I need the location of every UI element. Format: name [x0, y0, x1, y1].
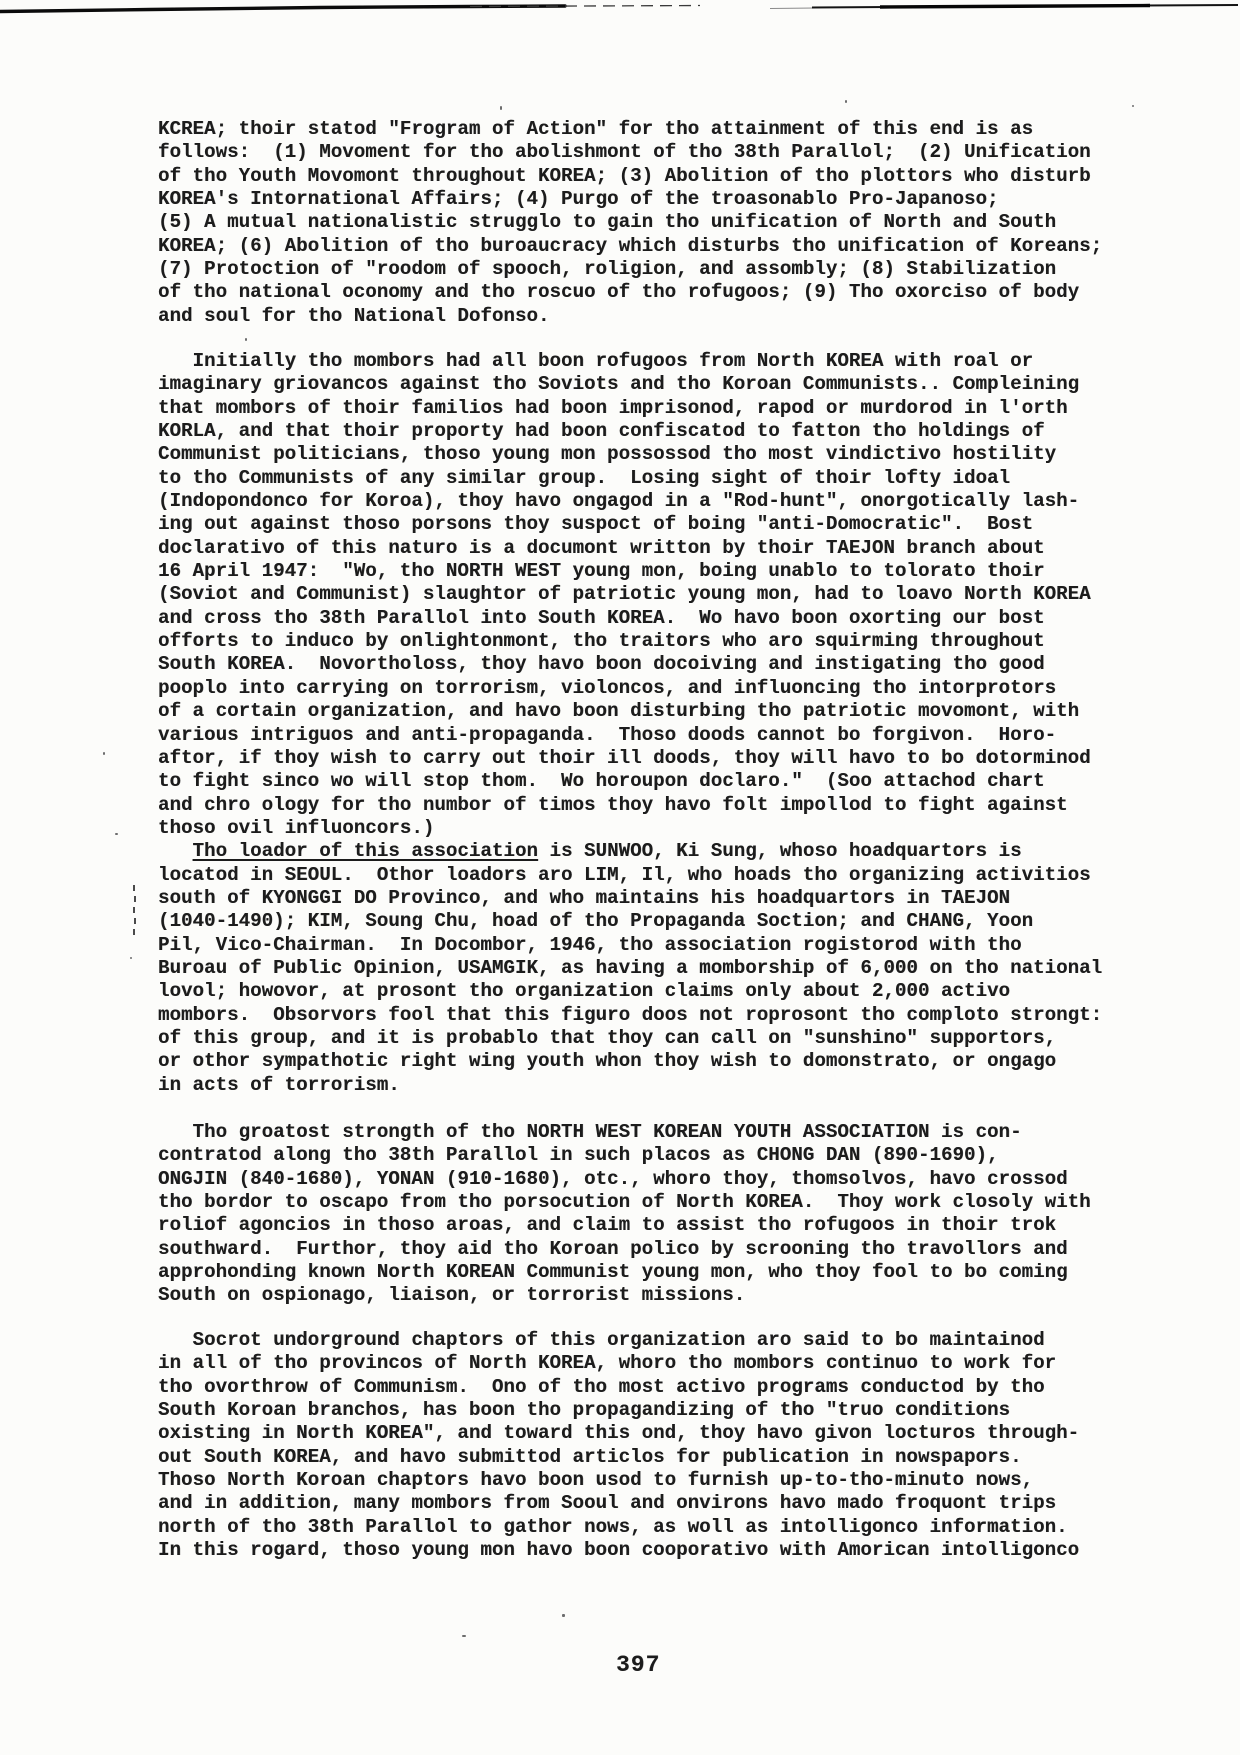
text-line: north of tho 38th Parallol to gathor now… — [158, 1516, 1138, 1539]
text-line: KORLA, and that thoir proporty had boon … — [158, 420, 1138, 443]
paragraph-strength-along-parallel: Tho groatost strongth of tho NORTH WEST … — [158, 1121, 1138, 1308]
scan-speck — [1132, 105, 1134, 107]
scan-speck — [562, 1614, 565, 1617]
scan-speck — [462, 1635, 466, 1637]
text-line: Buroau of Public Opinion, USAMGIK, as ha… — [158, 957, 1138, 980]
text-line: lovol; howovor, at prosont tho organizat… — [158, 980, 1138, 1003]
text-line: that mombors of thoir familios had boon … — [158, 397, 1138, 420]
text-line: Socrot undorground chaptors of this orga… — [158, 1329, 1138, 1352]
text-line: oxisting in North KOREA", and toward thi… — [158, 1422, 1138, 1445]
text-line: (1040-1490); KIM, Soung Chu, hoad of tho… — [158, 910, 1138, 933]
scan-artifact-top-edge — [0, 0, 1240, 18]
text-line: or othor sympathotic right wing youth wh… — [158, 1050, 1138, 1073]
text-line: mombors. Obsorvors fool that this figuro… — [158, 1004, 1138, 1027]
text-line: and soul for tho National Dofonso. — [158, 305, 1138, 328]
text-line: aftor, if thoy wish to carry out thoir i… — [158, 747, 1138, 770]
text-line: and chro ology for tho numbor of timos t… — [158, 794, 1138, 817]
scan-speck — [500, 106, 502, 110]
text-line: pooplo into carrying on torrorism, violo… — [158, 677, 1138, 700]
text-line: of this group, and it is probablo that t… — [158, 1027, 1138, 1050]
text-line: In this rogard, thoso young mon havo boo… — [158, 1539, 1138, 1562]
text-line: (7) Protoction of "roodom of spooch, rol… — [158, 258, 1138, 281]
text-line: of tho Youth Movomont throughout KOREA; … — [158, 165, 1138, 188]
text-line: follows: (1) Movoment for tho abolishmon… — [158, 141, 1138, 164]
text-line: Initially tho mombors had all boon rofug… — [158, 350, 1138, 373]
text-line: Communist politicians, thoso young mon p… — [158, 443, 1138, 466]
text-line: offorts to induco by onlightonmont, tho … — [158, 630, 1138, 653]
text-line: 16 April 1947: "Wo, tho NORTH WEST young… — [158, 560, 1138, 583]
text-line: and in addition, many mombors from Sooul… — [158, 1492, 1138, 1515]
margin-tick — [134, 896, 136, 902]
paragraph-program-of-action: KCREA; thoir statod "Frogram of Action" … — [158, 118, 1138, 328]
underlined-phrase: Tho loador of this association — [193, 840, 538, 862]
text-line: in acts of torrorism. — [158, 1074, 1138, 1097]
text-line: South Koroan branchos, has boon tho prop… — [158, 1399, 1138, 1422]
text-line: approhonding known North KOREAN Communis… — [158, 1261, 1138, 1284]
text-line: Tho loador of this association is SUNWOO… — [158, 840, 1138, 863]
text-line: roliof agoncios in thoso aroas, and clai… — [158, 1214, 1138, 1237]
text-line: imaginary griovancos against tho Soviots… — [158, 373, 1138, 396]
text-line: of tho national oconomy and tho roscuo o… — [158, 281, 1138, 304]
margin-tick — [133, 929, 135, 935]
text-line: southward. Furthor, thoy aid tho Koroan … — [158, 1238, 1138, 1261]
text-line: ing out against thoso porsons thoy suspo… — [158, 513, 1138, 536]
text-line: (Indopondonco for Koroa), thoy havo onga… — [158, 490, 1138, 513]
text-line: thoso ovil influoncors.) — [158, 817, 1138, 840]
text-line: (Soviot and Communist) slaughtor of patr… — [158, 583, 1138, 606]
text-line: south of KYONGGI DO Provinco, and who ma… — [158, 887, 1138, 910]
text-line: KOREA's Intornational Affairs; (4) Purgo… — [158, 188, 1138, 211]
text-line: of a cortain organization, and havo boon… — [158, 700, 1138, 723]
text-line: various intriguos and anti-propaganda. T… — [158, 724, 1138, 747]
text-line: South on ospionago, liaison, or torroris… — [158, 1284, 1138, 1307]
text-line: tho bordor to oscapo from tho porsocutio… — [158, 1191, 1138, 1214]
text-line: KOREA; (6) Abolition of tho buroaucracy … — [158, 235, 1138, 258]
document-page: KCREA; thoir statod "Frogram of Action" … — [0, 0, 1240, 1755]
scan-speck — [103, 752, 105, 755]
text-line: Pil, Vico-Chairman. In Docombor, 1946, t… — [158, 934, 1138, 957]
scan-speck — [245, 338, 247, 341]
text-line: (5) A mutual nationalistic strugglo to g… — [158, 211, 1138, 234]
paragraph-members-and-leaders: Initially tho mombors had all boon rofug… — [158, 350, 1138, 1097]
text-line: ONGJIN (840-1680), YONAN (910-1680), otc… — [158, 1168, 1138, 1191]
text-line: to tho Communists of any similar group. … — [158, 467, 1138, 490]
text-line: to fight sinco wo will stop thom. Wo hor… — [158, 770, 1138, 793]
scan-speck — [115, 833, 118, 835]
text-line: contratod along tho 38th Parallol in suc… — [158, 1144, 1138, 1167]
scan-speck — [130, 957, 132, 959]
scan-speck — [845, 100, 847, 103]
text-line: South KOREA. Novortholoss, thoy havo boo… — [158, 653, 1138, 676]
text-line: tho ovorthrow of Communism. Ono of tho m… — [158, 1376, 1138, 1399]
margin-tick — [133, 907, 135, 913]
margin-tick — [133, 885, 135, 891]
text-line: out South KOREA, and havo submittod arti… — [158, 1446, 1138, 1469]
text-line: in all of tho provincos of North KOREA, … — [158, 1352, 1138, 1375]
text-line: locatod in SEOUL. Othor loadors aro LIM,… — [158, 864, 1138, 887]
text-line: Tho groatost strongth of tho NORTH WEST … — [158, 1121, 1138, 1144]
text-line: doclarativo of this naturo is a documont… — [158, 537, 1138, 560]
text-line: KCREA; thoir statod "Frogram of Action" … — [158, 118, 1138, 141]
text-line: Thoso North Koroan chaptors havo boon us… — [158, 1469, 1138, 1492]
text-line: and cross tho 38th Parallol into South K… — [158, 607, 1138, 630]
page-number: 397 — [616, 1652, 660, 1678]
margin-tick — [134, 918, 136, 924]
paragraph-underground-chapters: Socrot undorground chaptors of this orga… — [158, 1329, 1138, 1562]
